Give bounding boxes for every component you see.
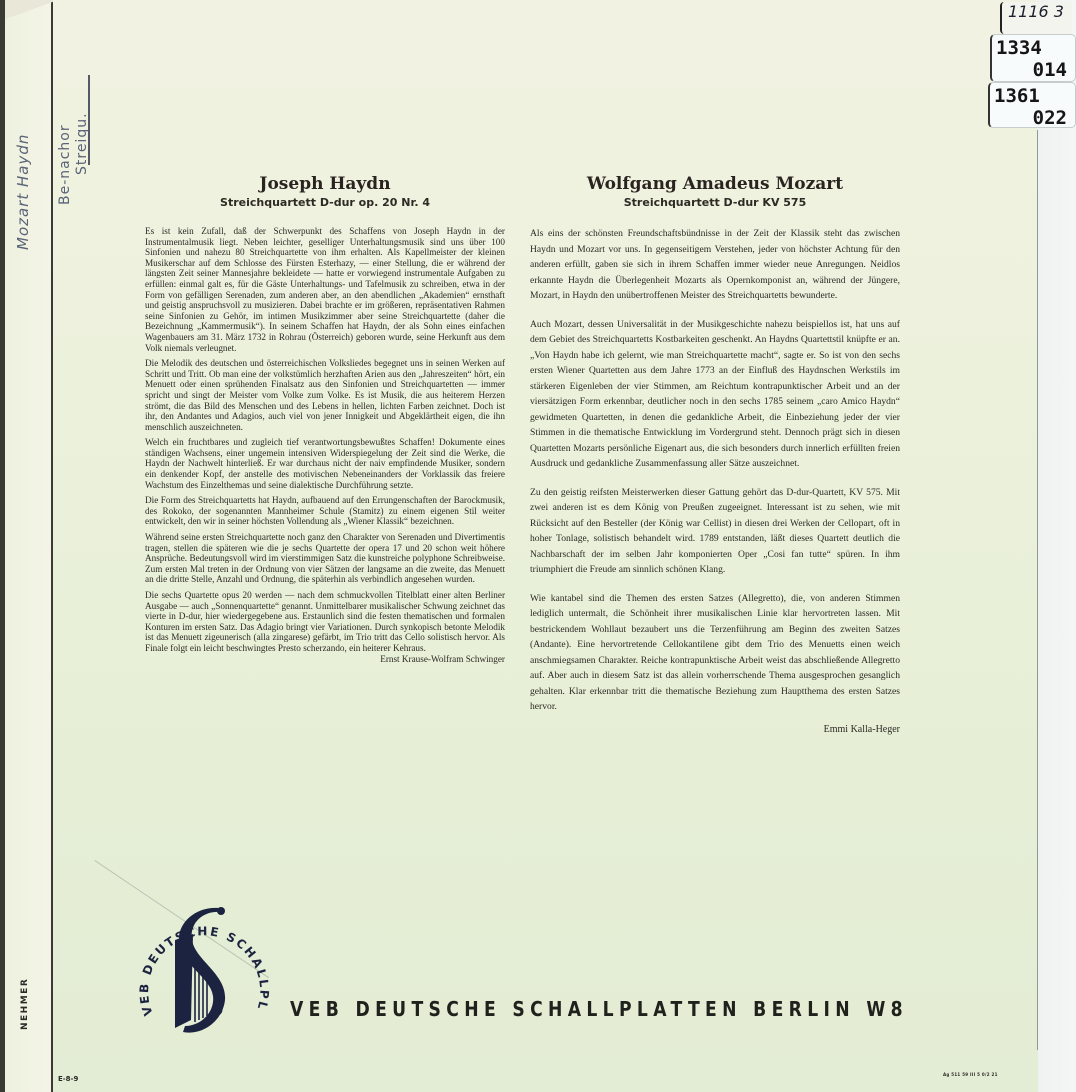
spine-handwritten-note: Mozart Haydn <box>14 134 32 250</box>
haydn-column: Joseph Haydn Streichquartett D-dur op. 2… <box>145 170 505 664</box>
paragraph: Als eins der schönsten Freundschaftsbünd… <box>530 226 900 304</box>
sleeve-right-fold <box>1037 130 1038 1050</box>
margin-handwritten-note: Be-nachor <box>57 124 73 205</box>
paragraph: Die sechs Quartette opus 20 werden — nac… <box>145 590 505 654</box>
catalog-number: 1334 <box>996 37 1071 59</box>
work-subheading: Streichquartett D-dur KV 575 <box>530 196 900 209</box>
label-brand-line: VEB DEUTSCHE SCHALLPLATTEN BERLIN W8 <box>290 997 908 1021</box>
catalog-sticker: 1361 022 <box>988 82 1076 128</box>
catalog-number: 1361 <box>994 85 1071 107</box>
printer-mark: Ag 511 59 III 5 0/2 21 <box>943 1072 998 1077</box>
paragraph: Die Melodik des deutschen und österreich… <box>145 358 505 432</box>
catalog-suffix: 014 <box>996 59 1071 81</box>
catalog-sticker: 1334 014 <box>990 34 1076 82</box>
pencil-mark <box>88 75 90 165</box>
composer-heading: Wolfgang Amadeus Mozart <box>530 174 900 194</box>
sleeve-right-margin <box>1038 0 1076 1092</box>
paragraph: Zu den geistig reifsten Meisterwerken di… <box>530 485 900 578</box>
print-code: E-8-9 <box>58 1075 78 1083</box>
author-signature: Emmi Kalla-Heger <box>530 724 900 735</box>
catalog-suffix: 022 <box>994 107 1071 129</box>
paragraph: Während seine ersten Streichquartette no… <box>145 532 505 585</box>
composer-heading: Joseph Haydn <box>145 174 505 194</box>
work-subheading: Streichquartett D-dur op. 20 Nr. 4 <box>145 196 505 209</box>
paragraph: Wie kantabel sind die Themen des ersten … <box>530 591 900 715</box>
handwritten-tag: 1116 3 <box>1000 2 1072 34</box>
author-signature: Ernst Krause-Wolfram Schwinger <box>370 654 505 665</box>
spine-flap-corner <box>5 0 53 30</box>
mozart-column: Wolfgang Amadeus Mozart Streichquartett … <box>530 170 900 735</box>
paragraph: Es ist kein Zufall, daß der Schwerpunkt … <box>145 226 505 353</box>
harp-s-logo-icon: VEB DEUTSCHE SCHALLPLATTEN <box>135 900 275 1050</box>
paragraph-text: Die sechs Quartette opus 20 werden — nac… <box>145 590 505 653</box>
paragraph: Welch ein fruchtbares und zugleich tief … <box>145 437 505 490</box>
liner-notes-text: Es ist kein Zufall, daß der Schwerpunkt … <box>145 226 505 654</box>
paragraph: Die Form des Streichquartetts hat Haydn,… <box>145 495 505 527</box>
liner-notes-text: Als eins der schönsten Freundschaftsbünd… <box>530 226 900 715</box>
designer-credit: NEHMER <box>20 978 30 1030</box>
paragraph: Auch Mozart, dessen Universalität in der… <box>530 317 900 472</box>
